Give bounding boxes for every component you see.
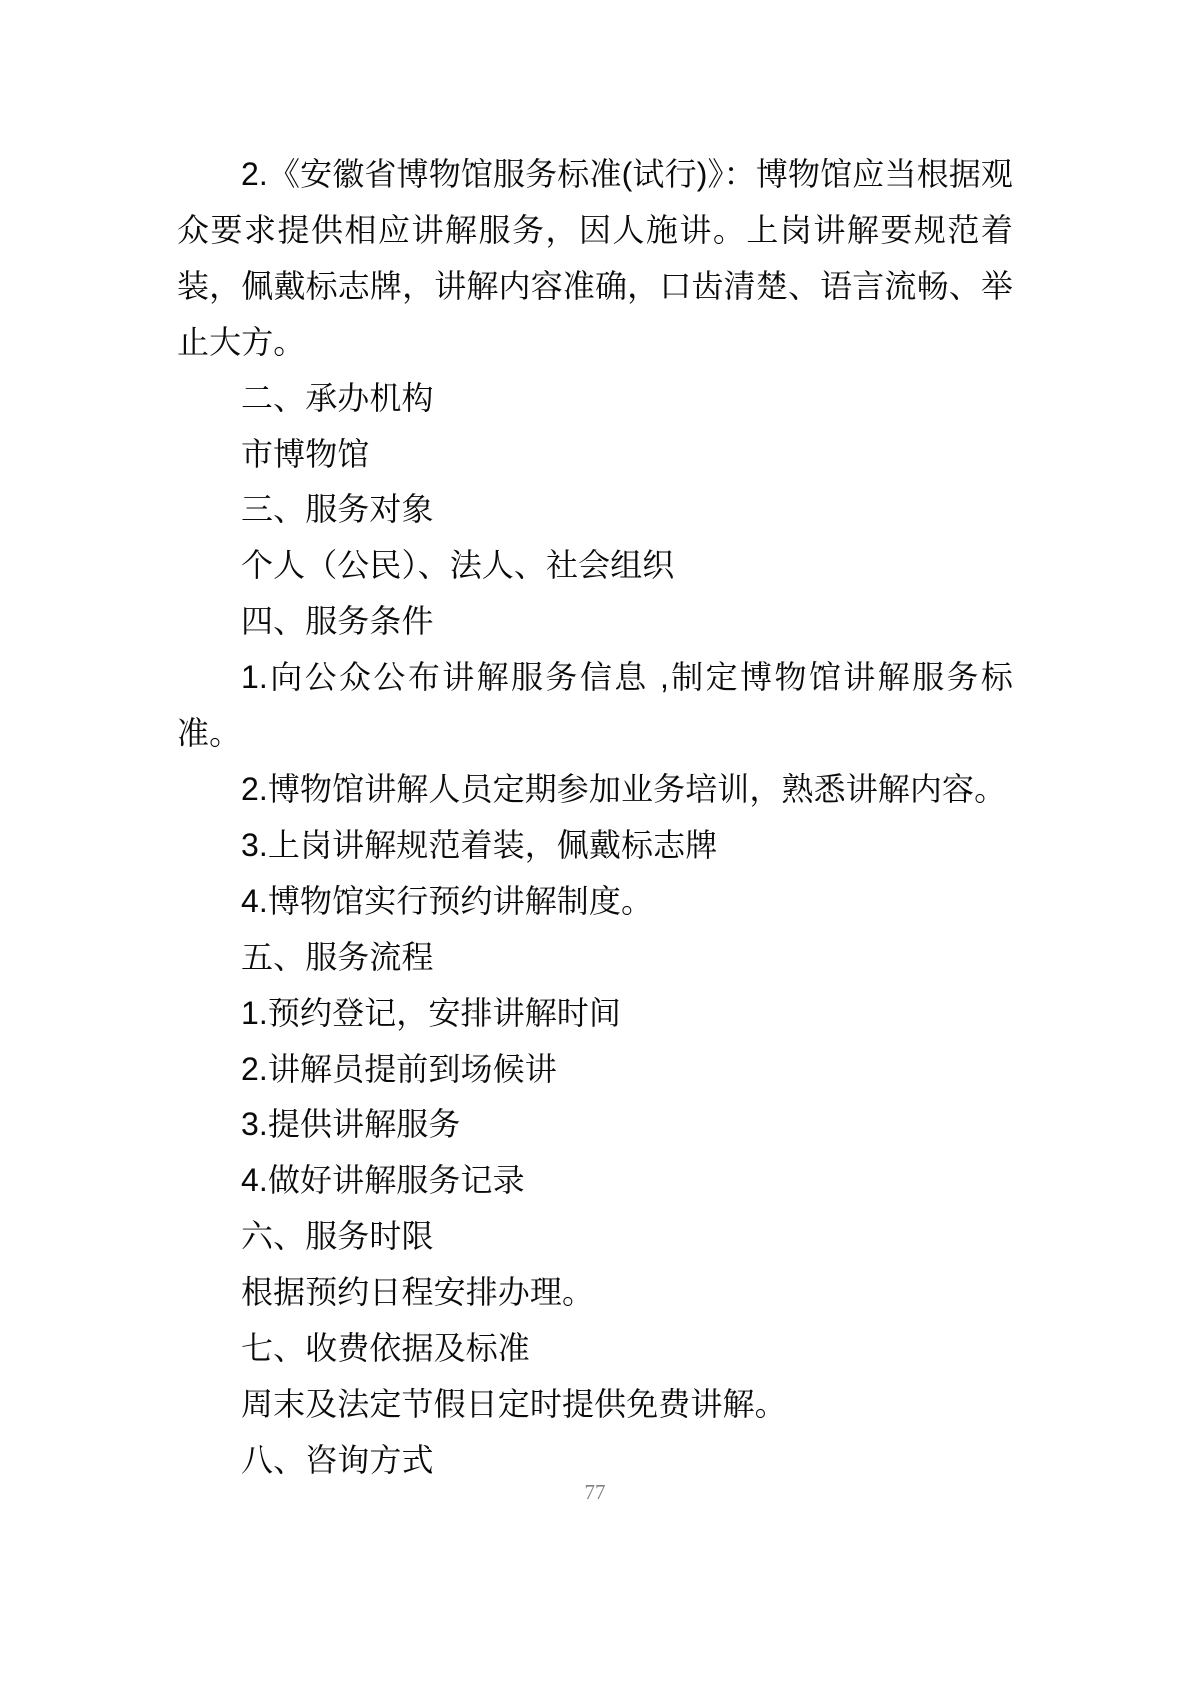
list-item: 2.讲解员提前到场候讲: [177, 1042, 1013, 1098]
list-item: 4.做好讲解服务记录: [177, 1153, 1013, 1209]
list-item: 4.博物馆实行预约讲解制度。: [177, 874, 1013, 930]
paragraph: 根据预约日程安排办理。: [177, 1265, 1013, 1321]
paragraph: 个人（公民）、法人、社会组织: [177, 538, 1013, 594]
paragraph: 市博物馆: [177, 427, 1013, 483]
list-item: 3.提供讲解服务: [177, 1097, 1013, 1153]
section-heading: 四、服务条件: [177, 594, 1013, 650]
section-heading: 二、承办机构: [177, 371, 1013, 427]
section-heading: 六、服务时限: [177, 1209, 1013, 1265]
section-heading: 七、收费依据及标准: [177, 1321, 1013, 1377]
page-number: 77: [0, 1480, 1190, 1505]
list-item: 1.预约登记，安排讲解时间: [177, 986, 1013, 1042]
list-item: 2.博物馆讲解人员定期参加业务培训，熟悉讲解内容。: [177, 762, 1013, 818]
section-heading: 三、服务对象: [177, 482, 1013, 538]
document-body: 2.《安徽省博物馆服务标准(试行)》：博物馆应当根据观众要求提供相应讲解服务，因…: [177, 147, 1013, 1489]
list-item: 3.上岗讲解规范着装，佩戴标志牌: [177, 818, 1013, 874]
section-heading: 五、服务流程: [177, 930, 1013, 986]
paragraph: 周末及法定节假日定时提供免费讲解。: [177, 1377, 1013, 1433]
paragraph: 2.《安徽省博物馆服务标准(试行)》：博物馆应当根据观众要求提供相应讲解服务，因…: [177, 147, 1013, 371]
list-item: 1.向公众公布讲解服务信息 ,制定博物馆讲解服务标准。: [177, 650, 1013, 762]
document-page: 2.《安徽省博物馆服务标准(试行)》：博物馆应当根据观众要求提供相应讲解服务，因…: [0, 0, 1190, 1683]
